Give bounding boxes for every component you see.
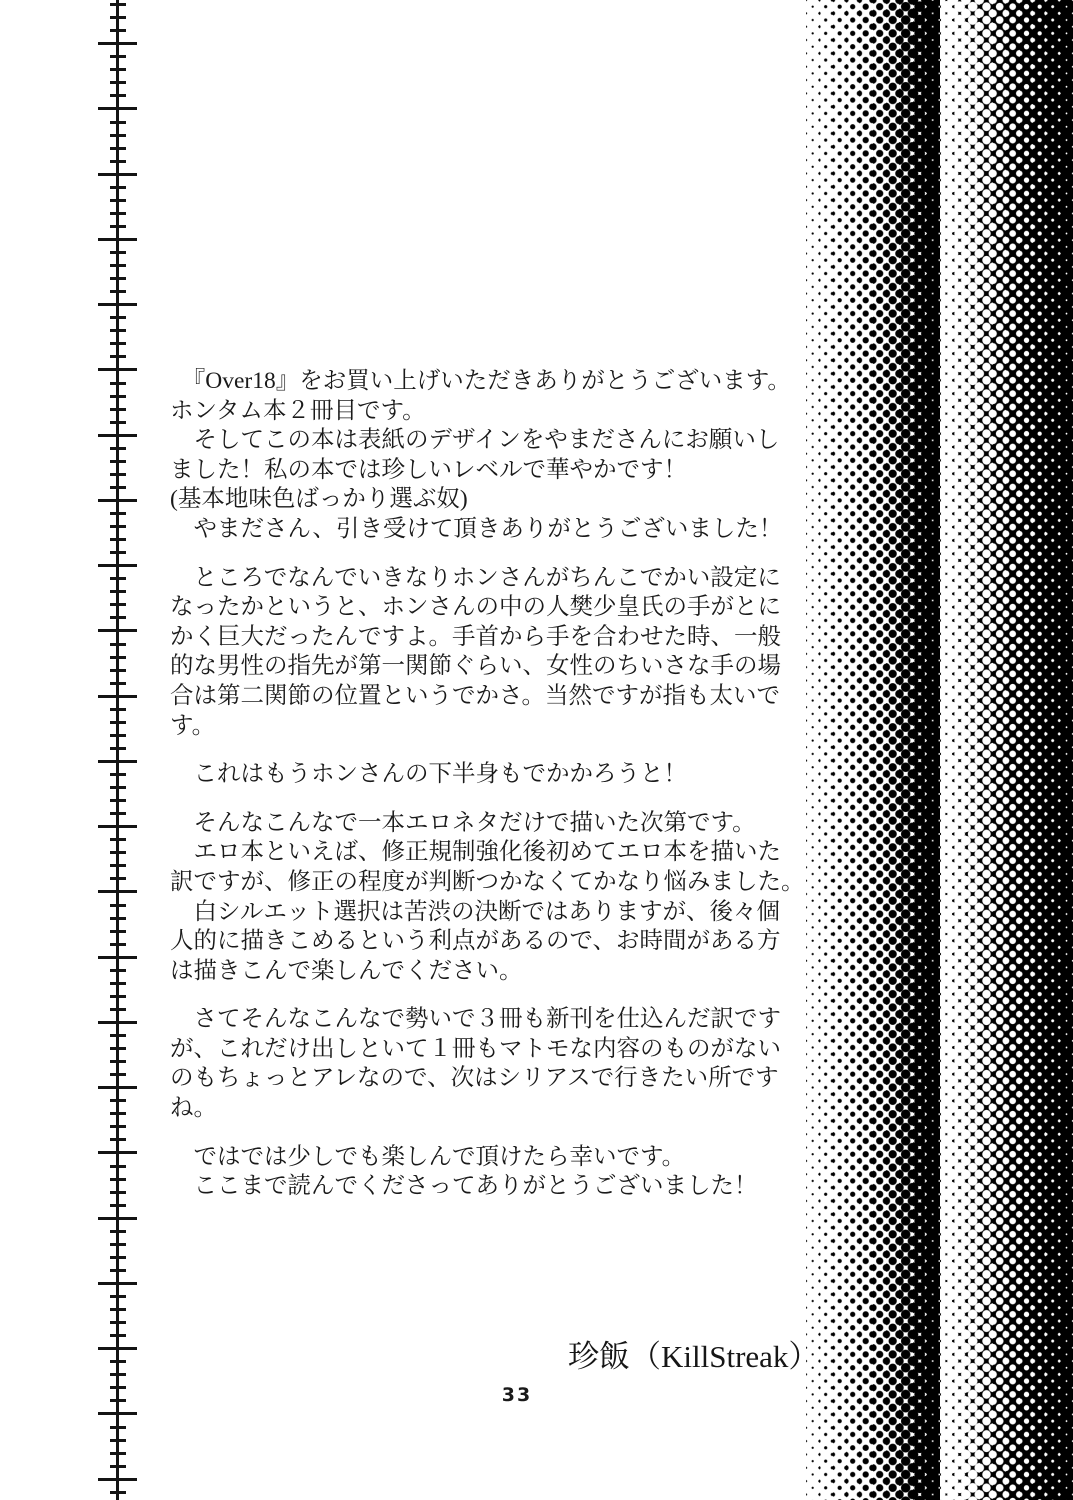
ruler-tick-short — [110, 1138, 126, 1141]
ruler-tick-short — [110, 1491, 126, 1494]
ruler-tick-long — [98, 368, 137, 371]
ruler-tick-long — [98, 499, 137, 502]
ruler-tick-long — [98, 303, 137, 306]
ruler-tick-short — [110, 669, 126, 672]
ruler-tick-long — [98, 1151, 137, 1154]
ruler-tick-short — [110, 1373, 126, 1376]
ruler-tick-short — [110, 1230, 126, 1233]
ruler-tick-short — [110, 1386, 126, 1389]
ruler-tick-short — [110, 251, 126, 254]
ruler-tick-short — [110, 3, 126, 6]
ruler-tick-short — [110, 81, 126, 84]
ruler-tick-short — [110, 864, 126, 867]
ruler-tick-short — [110, 1439, 126, 1442]
ruler-tick-short — [110, 773, 126, 776]
ruler-tick-short — [110, 1452, 126, 1455]
ruler-tick-long — [98, 42, 137, 45]
ruler-tick-short — [110, 1034, 126, 1037]
halftone-column — [899, 0, 913, 1500]
ruler-tick-short — [110, 1256, 126, 1259]
ruler-tick-short — [110, 1465, 126, 1468]
ruler-tick-long — [98, 238, 137, 241]
ruler-tick-short — [110, 747, 126, 750]
ruler-tick-short — [110, 1295, 126, 1298]
ruler-tick-short — [110, 199, 126, 202]
author-signature: 珍飯（KillStreak） — [568, 1331, 819, 1376]
paragraph: 『Over18』をお買い上げいただきありがとうございます。 ホンタム本２冊目です… — [170, 367, 810, 545]
ruler-tick-long — [98, 629, 137, 632]
halftone-column — [1060, 0, 1073, 1500]
halftone-column — [846, 0, 860, 1500]
ruler-tick-short — [110, 616, 126, 619]
ruler-tick-long — [98, 434, 137, 437]
ruler-tick-short — [110, 1125, 126, 1128]
ruler-tick-short — [110, 160, 126, 163]
ruler-tick-short — [110, 316, 126, 319]
ruler-tick-long — [98, 1412, 137, 1415]
ruler-tick-short — [110, 512, 126, 515]
ruler-tick-short — [110, 1269, 126, 1272]
halftone-column — [886, 0, 900, 1500]
ruler-tick-long — [98, 1086, 137, 1089]
ruler-tick-short — [110, 943, 126, 946]
ruler-tick-short — [110, 1047, 126, 1050]
ruler-tick-long — [98, 1478, 137, 1481]
ruler-tick-short — [110, 147, 126, 150]
ruler-tick-long — [98, 173, 137, 176]
ruler-tick-short — [110, 382, 126, 385]
ruler-tick-short — [110, 1008, 126, 1011]
halftone-column — [1020, 0, 1034, 1500]
ruler-tick-long — [98, 1021, 137, 1024]
halftone-column — [1033, 0, 1047, 1500]
ruler-tick-short — [110, 277, 126, 280]
ruler-tick-short — [110, 473, 126, 476]
ruler-tick-long — [98, 760, 137, 763]
ruler-tick-short — [110, 1321, 126, 1324]
ruler-tick-short — [110, 1308, 126, 1311]
halftone-column — [966, 0, 980, 1500]
ruler-tick-short — [110, 1191, 126, 1194]
halftone-column — [859, 0, 873, 1500]
ruler-tick-short — [110, 682, 126, 685]
ruler-tick-short — [110, 538, 126, 541]
ruler-tick-short — [110, 603, 126, 606]
ruler-tick-short — [110, 329, 126, 332]
ruler-tick-short — [110, 94, 126, 97]
ruler-tick-long — [98, 890, 137, 893]
ruler-tick-long — [98, 695, 137, 698]
ruler-tick-short — [110, 643, 126, 646]
ruler-tick-short — [110, 982, 126, 985]
halftone-column — [913, 0, 927, 1500]
ruler-tick-short — [110, 590, 126, 593]
ruler-tick-short — [110, 355, 126, 358]
ruler-tick-short — [110, 1426, 126, 1429]
ruler-tick-short — [110, 577, 126, 580]
halftone-column — [993, 0, 1007, 1500]
ruler-tick-short — [110, 290, 126, 293]
halftone-column — [980, 0, 994, 1500]
ruler-tick-short — [110, 721, 126, 724]
ruler-tick-long — [98, 956, 137, 959]
paragraph: これはもうホンさんの下半身もでかかろうと！ — [170, 760, 810, 790]
ruler-tick-short — [110, 1060, 126, 1063]
ruler-tick-short — [110, 995, 126, 998]
ruler-tick-short — [110, 786, 126, 789]
ruler-tick-short — [110, 1112, 126, 1115]
ruler-tick-short — [110, 225, 126, 228]
ruler-tick-short — [110, 1360, 126, 1363]
halftone-column — [819, 0, 833, 1500]
ruler-tick-short — [110, 525, 126, 528]
ruler-tick-short — [110, 734, 126, 737]
ruler-tick-short — [110, 904, 126, 907]
halftone-column — [873, 0, 887, 1500]
ruler-tick-long — [98, 1282, 137, 1285]
ruler-tick-short — [110, 421, 126, 424]
halftone-column — [806, 0, 820, 1500]
page-number: 33 — [492, 1384, 542, 1406]
ruler-tick-short — [110, 395, 126, 398]
ruler-tick-short — [110, 917, 126, 920]
ruler-tick-short — [110, 486, 126, 489]
halftone-column — [1006, 0, 1020, 1500]
halftone-column — [833, 0, 847, 1500]
ruler-tick-short — [110, 29, 126, 32]
ruler-tick-long — [98, 564, 137, 567]
ruler-tick-long — [98, 1217, 137, 1220]
ruler-tick-short — [110, 342, 126, 345]
ruler-tick-long — [98, 107, 137, 110]
halftone-column — [940, 0, 954, 1500]
ruler-tick-short — [110, 812, 126, 815]
paragraph: ではでは少しでも楽しんで頂けたら幸いです。 ここまで読んでくださってありがとうご… — [170, 1143, 810, 1202]
ruler-tick-short — [110, 851, 126, 854]
ruler-tick-short — [110, 1204, 126, 1207]
ruler-tick-short — [110, 930, 126, 933]
ruler-tick-short — [110, 134, 126, 137]
ruler-tick-short — [110, 799, 126, 802]
afterword-text: 『Over18』をお買い上げいただきありがとうございます。 ホンタム本２冊目です… — [170, 367, 810, 1221]
ruler-tick-short — [110, 1243, 126, 1246]
ruler-tick-short — [110, 186, 126, 189]
ruler-tick-short — [110, 460, 126, 463]
ruler-tick-short — [110, 16, 126, 19]
ruler-tick-short — [110, 212, 126, 215]
ruler-tick-short — [110, 447, 126, 450]
ruler-tick-short — [110, 551, 126, 554]
paragraph: ところでなんでいきなりホンさんがちんこでかい設定に なったかというと、ホンさんの… — [170, 564, 810, 742]
halftone-gradient — [806, 0, 1073, 1500]
halftone-column — [1046, 0, 1060, 1500]
ruler-tick-short — [110, 408, 126, 411]
ruler-tick-short — [110, 1165, 126, 1168]
scanned-afterword-page: 『Over18』をお買い上げいただきありがとうございます。 ホンタム本２冊目です… — [0, 0, 1073, 1500]
ruler-tick-short — [110, 969, 126, 972]
ruler-tick-short — [110, 1099, 126, 1102]
ruler-tick-short — [110, 264, 126, 267]
ruler-tick-short — [110, 1399, 126, 1402]
ruler-tick-short — [110, 68, 126, 71]
ruler-tick-short — [110, 1334, 126, 1337]
ruler-tick-long — [98, 825, 137, 828]
ruler-tick-short — [110, 121, 126, 124]
ruler-tick-short — [110, 838, 126, 841]
halftone-column — [926, 0, 940, 1500]
ruler-tick-short — [110, 1178, 126, 1181]
ruler-tick-short — [110, 656, 126, 659]
ruler-tick-short — [110, 1073, 126, 1076]
ruler-tick-short — [110, 877, 126, 880]
ruler-tick-short — [110, 708, 126, 711]
ruler-tick-long — [98, 1347, 137, 1350]
paragraph: さてそんなこんなで勢いで３冊も新刊を仕込んだ訳です が、これだけ出しといて１冊も… — [170, 1005, 810, 1123]
paragraph: そんなこんなで一本エロネタだけで描いた次第です。 エロ本といえば、修正規制強化後… — [170, 809, 810, 987]
ruler-tick-short — [110, 55, 126, 58]
halftone-column — [953, 0, 967, 1500]
